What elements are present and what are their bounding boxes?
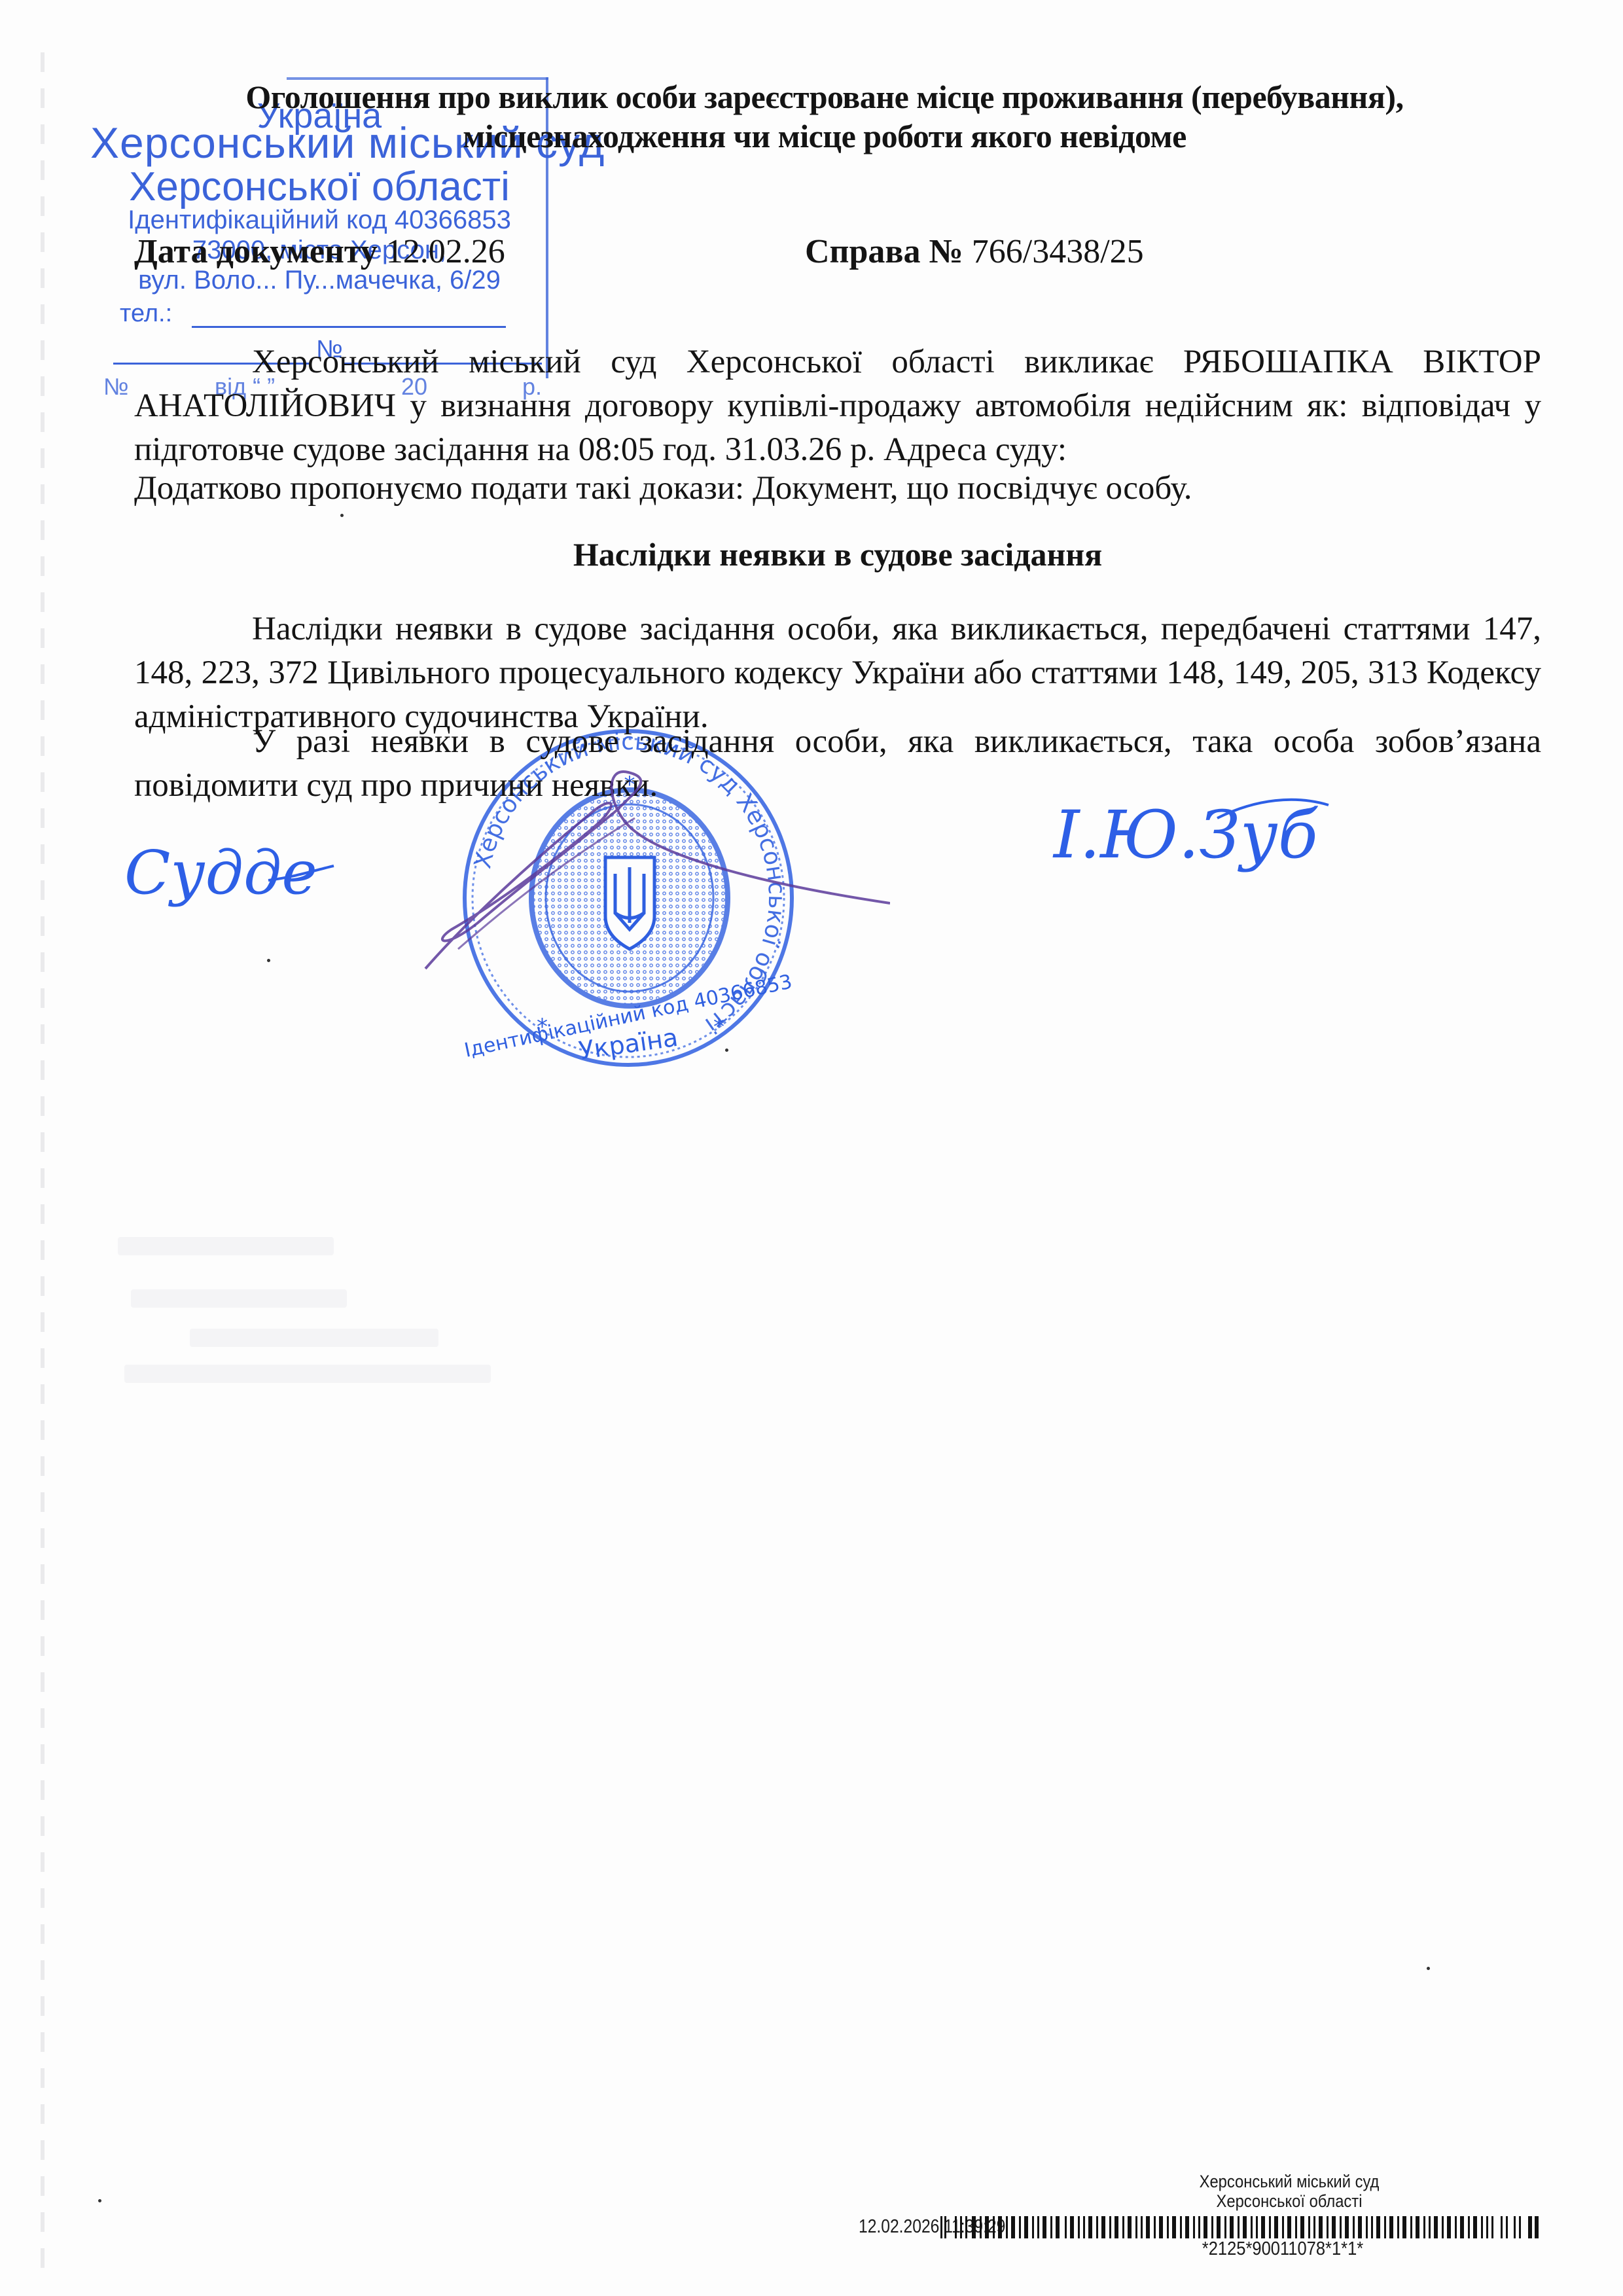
date-value: 12.02.26 <box>386 233 505 270</box>
barcode-text: *2125*90011078*1*1* <box>1046 2238 1519 2260</box>
footer-court-line-1: Херсонський міський суд <box>1168 2172 1410 2191</box>
footer-court-name: Херсонський міський суд Херсонської обла… <box>1168 2172 1410 2211</box>
handwritten-note-right: І.Ю.Зуб <box>1047 779 1335 897</box>
stamp-tel-blank <box>192 326 506 328</box>
seal-star-left: * <box>537 1014 548 1040</box>
handwritten-left-text: Судде <box>124 838 317 908</box>
footer-court-line-2: Херсонської області <box>1168 2191 1410 2211</box>
evidence-paragraph: Додатково пропонуємо подати такі докази:… <box>134 467 1541 511</box>
case-label: Справа № <box>805 233 963 270</box>
stamp-id-code: Ідентифікаційний код 40366853 <box>90 206 548 235</box>
stamp-region: Херсонської області <box>90 164 548 210</box>
consequences-paragraph-1: Наслідки неявки в судове засідання особи… <box>134 607 1541 739</box>
stamp-tel-label: тел.: <box>120 300 172 328</box>
handwritten-note-left: Судде <box>118 821 340 933</box>
title-line-1: Оголошення про виклик особи зареєстрован… <box>196 77 1453 117</box>
section-heading: Наслідки неявки в судове засідання <box>134 535 1541 573</box>
summons-paragraph: Херсонський міський суд Херсонської обла… <box>134 340 1541 472</box>
scan-artifact-streak <box>41 52 45 2278</box>
document-date: Дата документу 12.02.26 <box>134 232 505 271</box>
scan-speck <box>267 959 270 962</box>
date-label: Дата документу <box>134 233 378 270</box>
title-line-2: місцезнаходження чи місце роботи якого н… <box>196 117 1453 156</box>
bleed-through-artifact <box>124 1365 491 1383</box>
seal-star-right: * <box>713 1014 724 1040</box>
bleed-through-artifact <box>190 1329 438 1347</box>
case-number: Справа № 766/3438/25 <box>805 232 1144 271</box>
scan-speck <box>340 514 344 517</box>
handwritten-right-text: І.Ю.Зуб <box>1052 797 1319 873</box>
bleed-through-artifact <box>131 1289 347 1308</box>
stamp-bottom-no: № <box>103 373 129 401</box>
bleed-through-artifact <box>118 1237 334 1255</box>
scan-speck <box>98 2199 101 2202</box>
case-number-value: 766/3438/25 <box>972 233 1144 270</box>
barcode <box>940 2216 1543 2238</box>
judge-signature <box>419 753 890 1001</box>
document-title: Оголошення про виклик особи зареєстрован… <box>196 77 1453 156</box>
scan-speck <box>1427 1967 1430 1970</box>
